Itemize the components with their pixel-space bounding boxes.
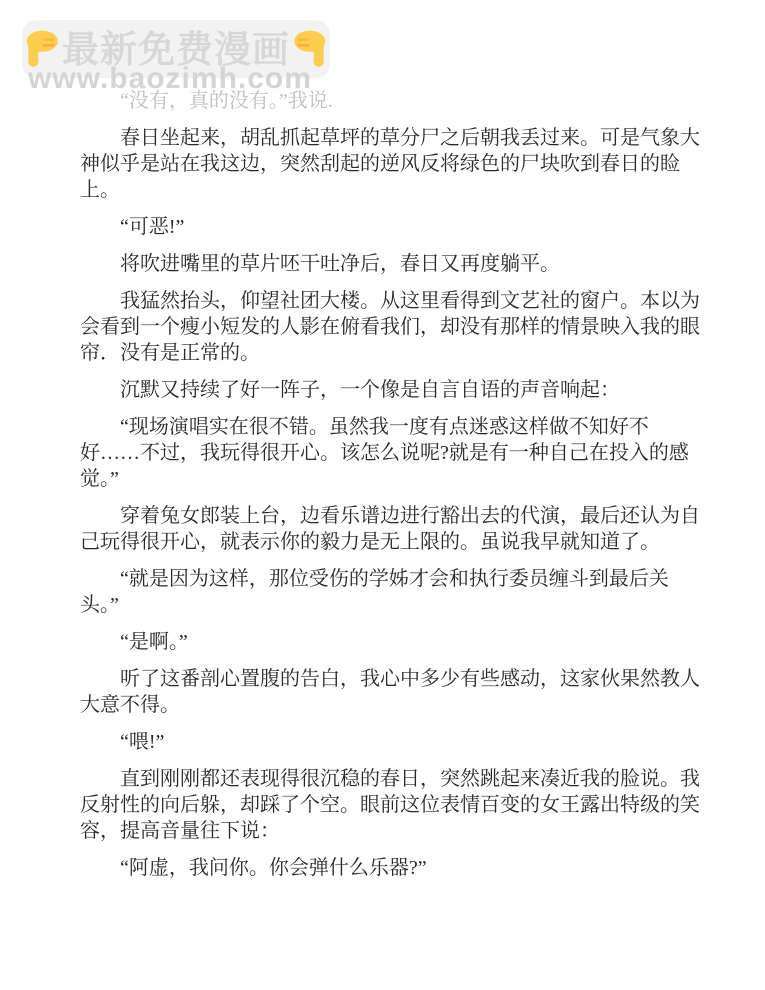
paragraph: 直到刚刚都还表现得很沉稳的春日，突然跳起来凑近我的脸说。我反射性的向后躲，却踩了… bbox=[80, 766, 710, 844]
text-line: 好……不过，我玩得很开心。该怎么说呢?就是有一种自己在投入的感 bbox=[80, 440, 710, 466]
text-line: 神似乎是站在我这边，突然刮起的逆风反将绿色的尸块吹到春日的睑 bbox=[80, 151, 710, 177]
watermark-url[interactable]: www.baozimh.com bbox=[28, 62, 312, 96]
paragraph: 穿着兔女郎装上台，边看乐谱边进行豁出去的代演，最后还认为自己玩得很开心，就表示你… bbox=[80, 503, 710, 555]
text-line: “阿虚，我问你。你会弹什么乐器?” bbox=[80, 855, 710, 881]
text-line: 春日坐起来，胡乱抓起草坪的草分尸之后朝我丢过来。可是气象大 bbox=[80, 125, 710, 151]
text-line: 容，提高音量往下说： bbox=[80, 818, 710, 844]
text-line: “现场演唱实在很不错。虽然我一度有点迷惑这样做不知好不 bbox=[80, 414, 710, 440]
text-line: 听了这番剖心置腹的告白，我心中多少有些感动，这家伙果然教人 bbox=[80, 666, 710, 692]
paragraph: “现场演唱实在很不错。虽然我一度有点迷惑这样做不知好不好……不过，我玩得很开心。… bbox=[80, 414, 710, 492]
paragraph: “可恶!” bbox=[80, 214, 710, 240]
paragraph: 将吹进嘴里的草片呸干吐净后，春日又再度躺平。 bbox=[80, 251, 710, 277]
text-line: 会看到一个瘦小短发的人影在俯看我们，却没有那样的情景映入我的眼 bbox=[80, 314, 710, 340]
paragraph: “就是因为这样，那位受伤的学姊才会和执行委员缠斗到最后关头。” bbox=[80, 566, 710, 618]
text-line: 头。” bbox=[80, 592, 710, 618]
paragraph: “阿虚，我问你。你会弹什么乐器?” bbox=[80, 855, 710, 881]
paragraph: 沉默又持续了好一阵子，一个像是自言自语的声音响起： bbox=[80, 377, 710, 403]
text-line: “就是因为这样，那位受伤的学姊才会和执行委员缠斗到最后关 bbox=[80, 566, 710, 592]
text-line: 沉默又持续了好一阵子，一个像是自言自语的声音响起： bbox=[80, 377, 710, 403]
text-line: 己玩得很开心，就表示你的毅力是无上限的。虽说我早就知道了。 bbox=[80, 529, 710, 555]
paragraph: “喂!” bbox=[80, 729, 710, 755]
text-line: 上。 bbox=[80, 177, 710, 203]
text-line: 大意不得。 bbox=[80, 692, 710, 718]
paragraph: “是啊。” bbox=[80, 629, 710, 655]
paragraph: 我猛然抬头，仰望社团大楼。从这里看得到文艺社的窗户。本以为会看到一个瘦小短发的人… bbox=[80, 288, 710, 366]
text-line: “喂!” bbox=[80, 729, 710, 755]
text-line: 穿着兔女郎装上台，边看乐谱边进行豁出去的代演，最后还认为自 bbox=[80, 503, 710, 529]
text-line: 帘．没有是正常的。 bbox=[80, 340, 710, 366]
text-line: 直到刚刚都还表现得很沉稳的春日，突然跳起来凑近我的脸说。我 bbox=[80, 766, 710, 792]
text-line: 反射性的向后躲，却踩了个空。眼前这位表情百变的女王露出特级的笑 bbox=[80, 792, 710, 818]
novel-text: “没有，真的没有。”我说.春日坐起来，胡乱抓起草坪的草分尸之后朝我丢过来。可是气… bbox=[80, 88, 710, 892]
text-line: 我猛然抬头，仰望社团大楼。从这里看得到文艺社的窗户。本以为 bbox=[80, 288, 710, 314]
paragraph: 春日坐起来，胡乱抓起草坪的草分尸之后朝我丢过来。可是气象大神似乎是站在我这边，突… bbox=[80, 125, 710, 203]
text-line: “可恶!” bbox=[80, 214, 710, 240]
text-line: 觉。” bbox=[80, 466, 710, 492]
text-line: “是啊。” bbox=[80, 629, 710, 655]
text-line: 将吹进嘴里的草片呸干吐净后，春日又再度躺平。 bbox=[80, 251, 710, 277]
paragraph: 听了这番剖心置腹的告白，我心中多少有些感动，这家伙果然教人大意不得。 bbox=[80, 666, 710, 718]
